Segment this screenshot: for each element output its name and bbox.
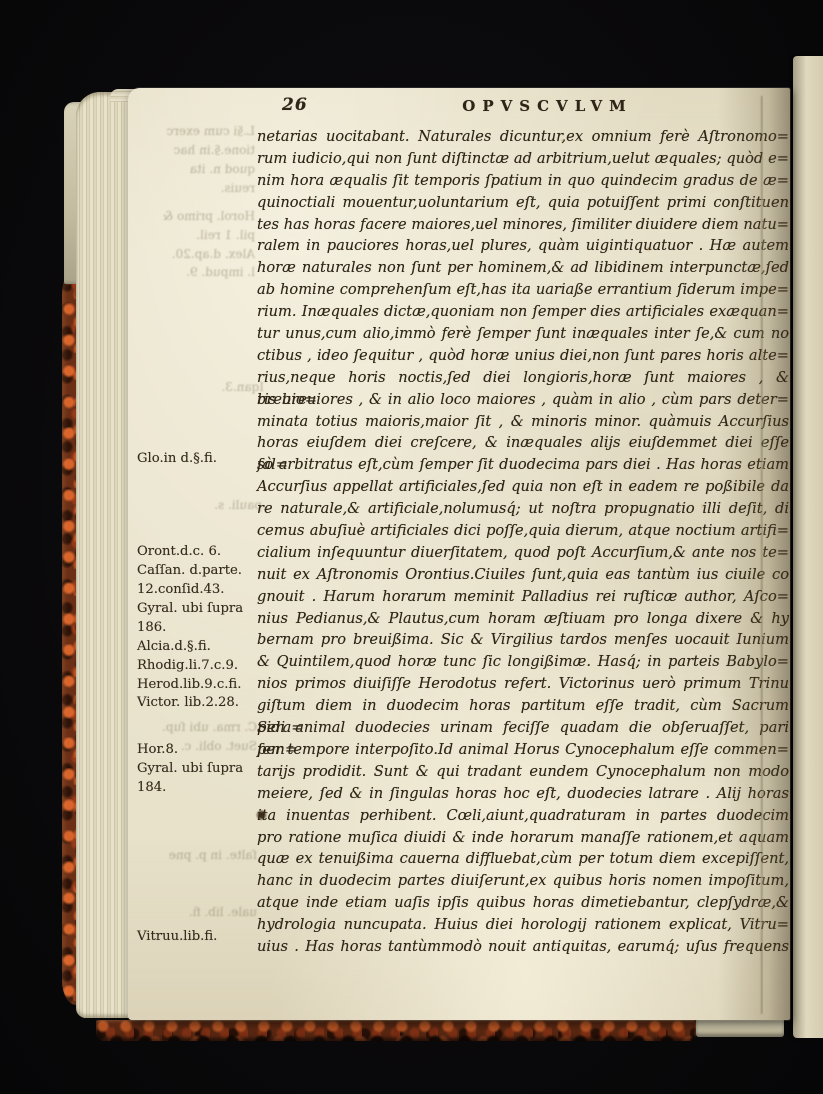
text-line: ab homine comprehenſum eſt,has ita uaria… bbox=[257, 279, 789, 301]
text-line: tes has horas facere maiores,uel minores… bbox=[257, 214, 789, 236]
text-line: tur unus,cum alio,immò ferè ſemper ſunt … bbox=[257, 323, 789, 345]
text-line: quinoctiali mouentur,uoluntarium eſt, qu… bbox=[257, 192, 789, 214]
foxing-spot bbox=[560, 138, 565, 143]
text-line: minata totius maioris,maior ſit , & mino… bbox=[257, 411, 789, 433]
text-line: cialium inſequuntur diuerſitatem, quod p… bbox=[257, 542, 789, 564]
photo-stage: L.§i cum exerctione.§.in hacquod n. itar… bbox=[0, 0, 823, 1094]
text-line: uius . Has horas tantùmmodò nouit antiqu… bbox=[257, 936, 789, 958]
text-line: nuit ex Aſtronomis Orontius.Ciuiles ſunt… bbox=[257, 564, 789, 586]
text-line: nim hora æqualis ſit temporis ſpatium in… bbox=[257, 170, 789, 192]
text-line: ita inuentas perhibent. Cœli,aiunt,quadr… bbox=[257, 805, 789, 827]
text-line: horas eiuſdem diei creſcere, & inæquales… bbox=[257, 432, 789, 454]
text-line: ris breuiores , & in alio loco maiores ,… bbox=[257, 389, 789, 411]
text-line: rius,neque horis noctis,ſed diei longior… bbox=[257, 367, 789, 389]
text-line: ralem in pauciores horas,uel plures, quà… bbox=[257, 235, 789, 257]
page-number: 26 bbox=[282, 95, 308, 115]
text-line: pro ratione muſica diuidi & inde horarum… bbox=[257, 827, 789, 849]
text-line: per tempore interpoſito.Id animal Horus … bbox=[257, 739, 789, 761]
text-line: giſtum diem in duodecim horas partitum e… bbox=[257, 695, 789, 717]
text-line: hanc in duodecim partes diuiſerunt,ex qu… bbox=[257, 870, 789, 892]
text-line: re naturale,& artificiale,nolumusq́; ut … bbox=[257, 498, 789, 520]
text-line: pidi animal duodecies urinam feciſſe qua… bbox=[257, 717, 789, 739]
text-line: netarias uocitabant. Naturales dicuntur,… bbox=[257, 126, 789, 148]
foxing-spot bbox=[700, 503, 706, 509]
text-line: bernam pro breuißima. Sic & Virgilius ta… bbox=[257, 629, 789, 651]
page-stack-fore-edge bbox=[76, 92, 134, 1018]
text-line: horæ naturales non ſunt per hominem,& ad… bbox=[257, 257, 789, 279]
text-line: meiere, ſed & in ſingulas horas hoc eſt,… bbox=[257, 783, 789, 805]
text-line: Accurſius appellat artificiales,ſed quia… bbox=[257, 476, 789, 498]
text-line: rium. Inæquales dictæ,quoniam non ſemper… bbox=[257, 301, 789, 323]
running-title: OPVSCVLVM bbox=[440, 97, 655, 115]
text-line: gnouit . Harum horarum meminit Palladius… bbox=[257, 586, 789, 608]
text-line: tarijs prodidit. Sunt & qui tradant eund… bbox=[257, 761, 789, 783]
text-line: ctibus , ideo ſequitur , quòd horæ unius… bbox=[257, 345, 789, 367]
ink-blot bbox=[256, 810, 267, 820]
text-line: cemus abuſiuè artificiales dici poſſe,qu… bbox=[257, 520, 789, 542]
marbled-cover-bottom-edge bbox=[96, 1020, 696, 1041]
main-text-block: netarias uocitabant. Naturales dicuntur,… bbox=[257, 126, 789, 958]
foxing-spot bbox=[645, 246, 652, 252]
text-line: sò arbitratus eſt,cùm ſemper ſit duodeci… bbox=[257, 454, 789, 476]
text-line: rum iudicio,qui non ſunt diſtinctæ ad ar… bbox=[257, 148, 789, 170]
text-line: hydrologia nuncupata. Huius diei horolog… bbox=[257, 914, 789, 936]
text-line: quæ ex tenuißima cauerna diffluebat,cùm … bbox=[257, 848, 789, 870]
text-line: nios primos diuiſiſſe Herodotus refert. … bbox=[257, 673, 789, 695]
facing-page-sliver bbox=[793, 56, 823, 1038]
text-line: & Quintilem,quod horæ tunc ſic longißimæ… bbox=[257, 651, 789, 673]
text-line: atque inde etiam uaſis ipſis quibus hora… bbox=[257, 892, 789, 914]
text-line: nius Pedianus,& Plautus,cum horam æſtiua… bbox=[257, 608, 789, 630]
